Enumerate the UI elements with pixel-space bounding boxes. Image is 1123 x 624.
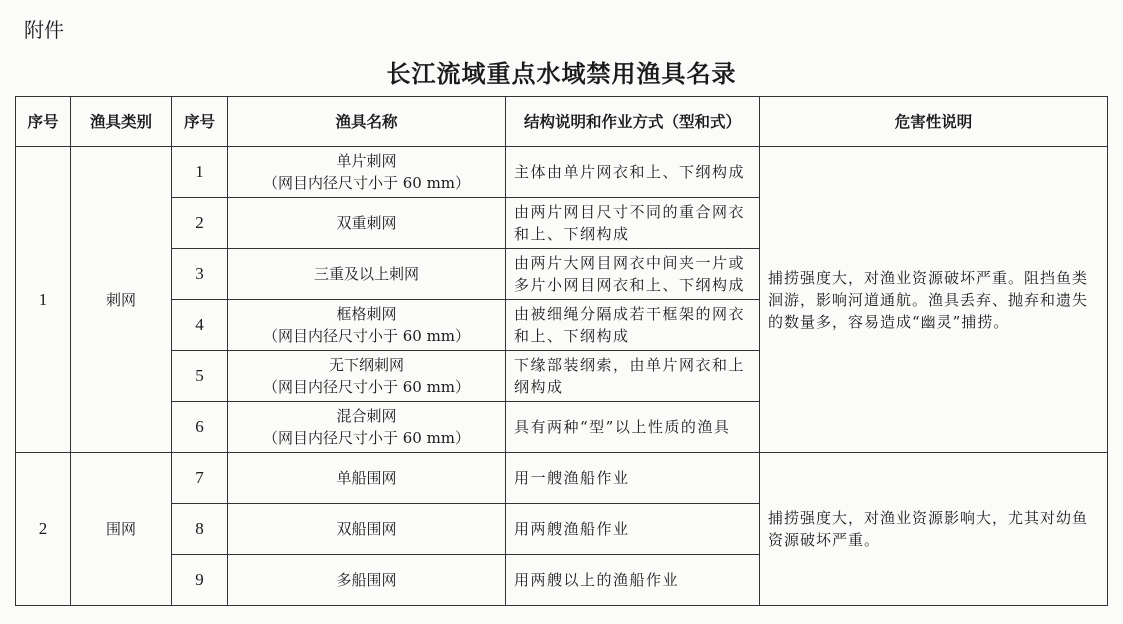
hazard-desc: 捕捞强度大，对渔业资源破坏严重。阻挡鱼类洄游，影响河道通航。渔具丢弃、抛弃和遗失…	[760, 147, 1108, 453]
structure-desc: 由被细绳分隔成若干框架的网衣和上、下纲构成	[506, 300, 760, 351]
item-no: 3	[172, 249, 228, 300]
header-gear-name: 渔具名称	[228, 97, 506, 147]
gear-name: 三重及以上刺网	[228, 249, 506, 300]
group-category: 围网	[71, 453, 172, 606]
structure-desc: 用一艘渔船作业	[506, 453, 760, 504]
structure-desc: 具有两种“型”以上性质的渔具	[506, 402, 760, 453]
gear-name: 混合刺网（网目内径尺寸小于 60 mm）	[228, 402, 506, 453]
item-no: 4	[172, 300, 228, 351]
gear-name-text: 单片刺网	[236, 150, 497, 172]
structure-desc: 用两艘以上的渔船作业	[506, 555, 760, 606]
group-category: 刺网	[71, 147, 172, 453]
banned-fishing-gear-table: 序号 渔具类别 序号 渔具名称 结构说明和作业方式（型和式） 危害性说明 1 刺…	[15, 96, 1108, 606]
gear-name-text: 无下纲刺网	[236, 354, 497, 376]
gear-name: 多船围网	[228, 555, 506, 606]
structure-desc: 下缘部装纲索，由单片网衣和上纲构成	[506, 351, 760, 402]
group-no: 1	[16, 147, 71, 453]
gear-name-note: （网目内径尺寸小于 60 mm）	[236, 376, 497, 398]
gear-name: 单船围网	[228, 453, 506, 504]
gear-name: 双重刺网	[228, 198, 506, 249]
gear-name-text: 框格刺网	[236, 303, 497, 325]
gear-name-note: （网目内径尺寸小于 60 mm）	[236, 427, 497, 449]
header-structure: 结构说明和作业方式（型和式）	[506, 97, 760, 147]
gear-name: 框格刺网（网目内径尺寸小于 60 mm）	[228, 300, 506, 351]
table-row: 1 刺网 1 单片刺网（网目内径尺寸小于 60 mm） 主体由单片网衣和上、下纲…	[16, 147, 1108, 198]
group-no: 2	[16, 453, 71, 606]
gear-name: 双船围网	[228, 504, 506, 555]
gear-name-text: 混合刺网	[236, 405, 497, 427]
gear-name-note: （网目内径尺寸小于 60 mm）	[236, 172, 497, 194]
hazard-desc: 捕捞强度大，对渔业资源影响大，尤其对幼鱼资源破坏严重。	[760, 453, 1108, 606]
header-category: 渔具类别	[71, 97, 172, 147]
gear-name: 单片刺网（网目内径尺寸小于 60 mm）	[228, 147, 506, 198]
item-no: 8	[172, 504, 228, 555]
header-hazard: 危害性说明	[760, 97, 1108, 147]
item-no: 7	[172, 453, 228, 504]
structure-desc: 由两片网目尺寸不同的重合网衣和上、下纲构成	[506, 198, 760, 249]
table-row: 2 围网 7 单船围网 用一艘渔船作业 捕捞强度大，对渔业资源影响大，尤其对幼鱼…	[16, 453, 1108, 504]
item-no: 5	[172, 351, 228, 402]
attachment-label: 附件	[24, 14, 64, 43]
gear-name-note: （网目内径尺寸小于 60 mm）	[236, 325, 497, 347]
item-no: 9	[172, 555, 228, 606]
item-no: 2	[172, 198, 228, 249]
header-group-no: 序号	[16, 97, 71, 147]
header-item-no: 序号	[172, 97, 228, 147]
table-header-row: 序号 渔具类别 序号 渔具名称 结构说明和作业方式（型和式） 危害性说明	[16, 97, 1108, 147]
structure-desc: 用两艘渔船作业	[506, 504, 760, 555]
gear-name: 无下纲刺网（网目内径尺寸小于 60 mm）	[228, 351, 506, 402]
document-title: 长江流域重点水域禁用渔具名录	[0, 54, 1123, 89]
item-no: 6	[172, 402, 228, 453]
structure-desc: 主体由单片网衣和上、下纲构成	[506, 147, 760, 198]
item-no: 1	[172, 147, 228, 198]
structure-desc: 由两片大网目网衣中间夹一片或多片小网目网衣和上、下纲构成	[506, 249, 760, 300]
